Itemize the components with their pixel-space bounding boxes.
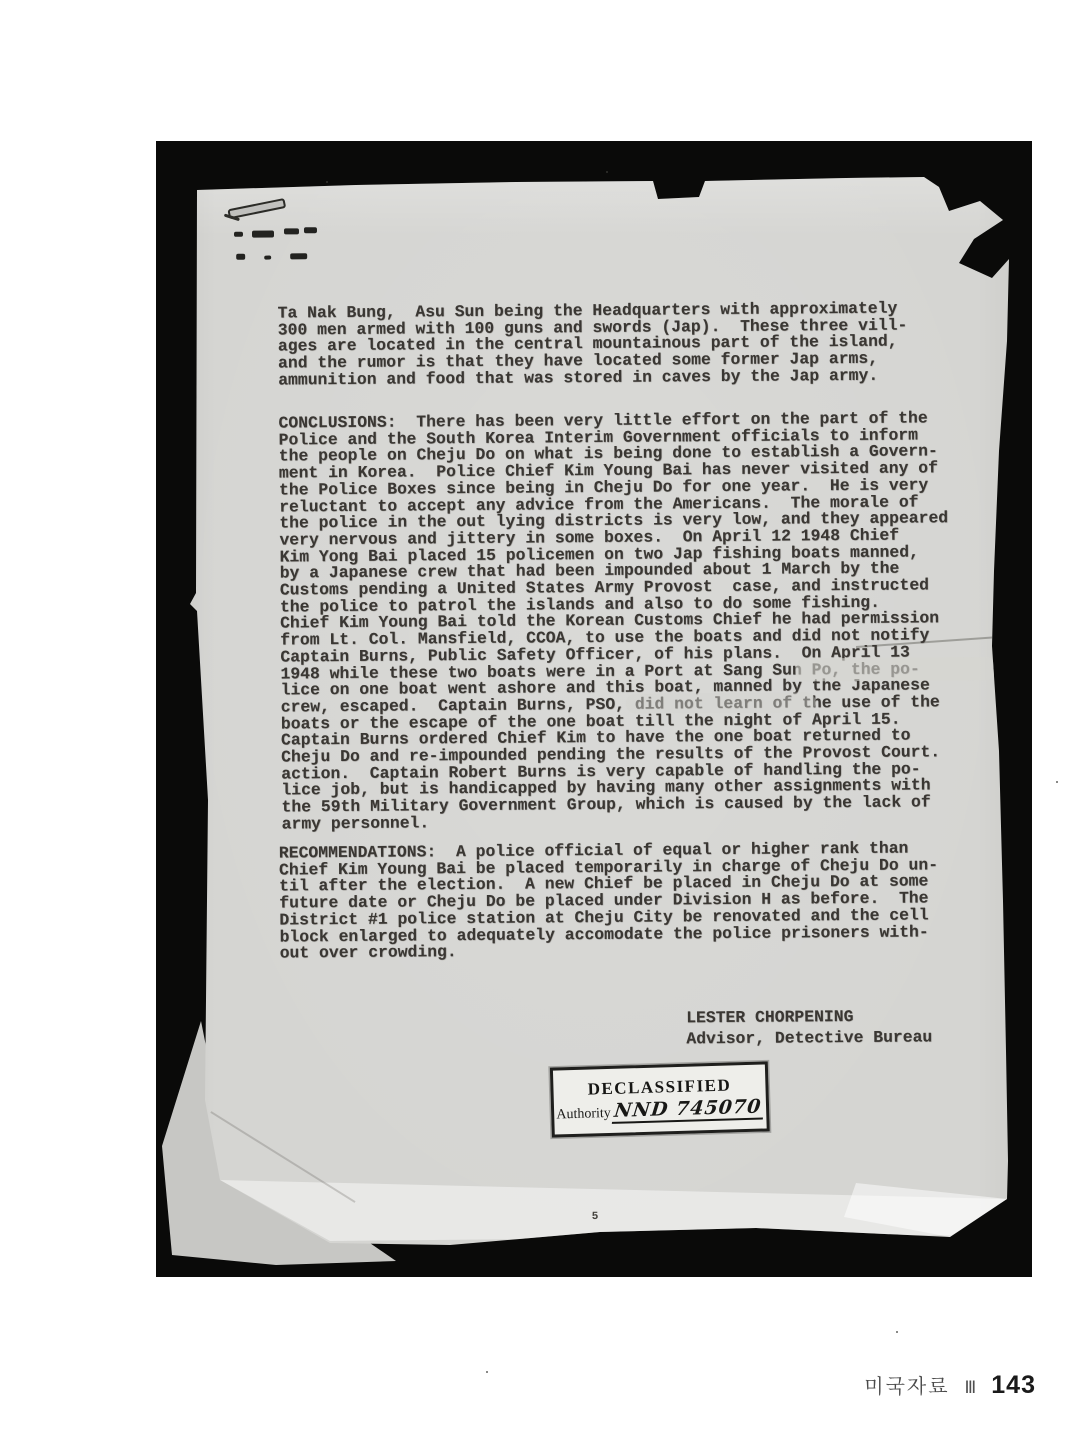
dust-speck xyxy=(1056,781,1058,783)
dust-speck xyxy=(606,171,608,173)
footer-volume-numeral: Ⅲ xyxy=(965,1378,977,1398)
book-page: Ta Nak Bung, Asu Sun being the Headquart… xyxy=(0,0,1080,1439)
stray-page-mark: 5 xyxy=(592,1211,599,1223)
stamp-title: DECLASSIFIED xyxy=(587,1075,731,1099)
pen-mark xyxy=(252,231,274,238)
book-footer: 미국자료 Ⅲ 143 xyxy=(864,1370,1036,1400)
paragraph-conclusions: CONCLUSIONS: There has been very little … xyxy=(278,410,950,833)
signature-title: Advisor, Detective Bureau xyxy=(686,1027,932,1048)
dust-speck xyxy=(896,1331,898,1333)
faded-text-patch xyxy=(626,692,816,713)
pen-mark xyxy=(234,232,243,237)
pen-mark xyxy=(264,256,271,260)
photo-of-document: Ta Nak Bung, Asu Sun being the Headquart… xyxy=(156,141,1032,1277)
dust-speck xyxy=(486,1371,488,1373)
pen-mark xyxy=(304,227,317,233)
declassified-stamp: DECLASSIFIED Authority NND 745070 xyxy=(550,1061,770,1137)
footer-section-label: 미국자료 xyxy=(864,1370,949,1399)
stamp-authority-label: Authority xyxy=(556,1105,611,1123)
pen-mark xyxy=(284,228,299,234)
paragraph-recommendations: RECOMMENDATIONS: A police official of eq… xyxy=(279,840,939,962)
signature-name: LESTER CHORPENING xyxy=(686,1007,853,1027)
staple-mark xyxy=(227,198,286,219)
typed-content-layer: Ta Nak Bung, Asu Sun being the Headquart… xyxy=(151,138,1036,1281)
dust-speck xyxy=(326,181,328,183)
stamp-authority-number: NND 745070 xyxy=(611,1095,765,1123)
footer-page-number: 143 xyxy=(991,1371,1036,1400)
pen-mark xyxy=(290,253,307,259)
faded-text-patch xyxy=(795,657,995,682)
scanned-document-paper: Ta Nak Bung, Asu Sun being the Headquart… xyxy=(156,141,1032,1277)
pen-mark xyxy=(236,254,245,260)
paragraph-villages: Ta Nak Bung, Asu Sun being the Headquart… xyxy=(278,301,908,389)
